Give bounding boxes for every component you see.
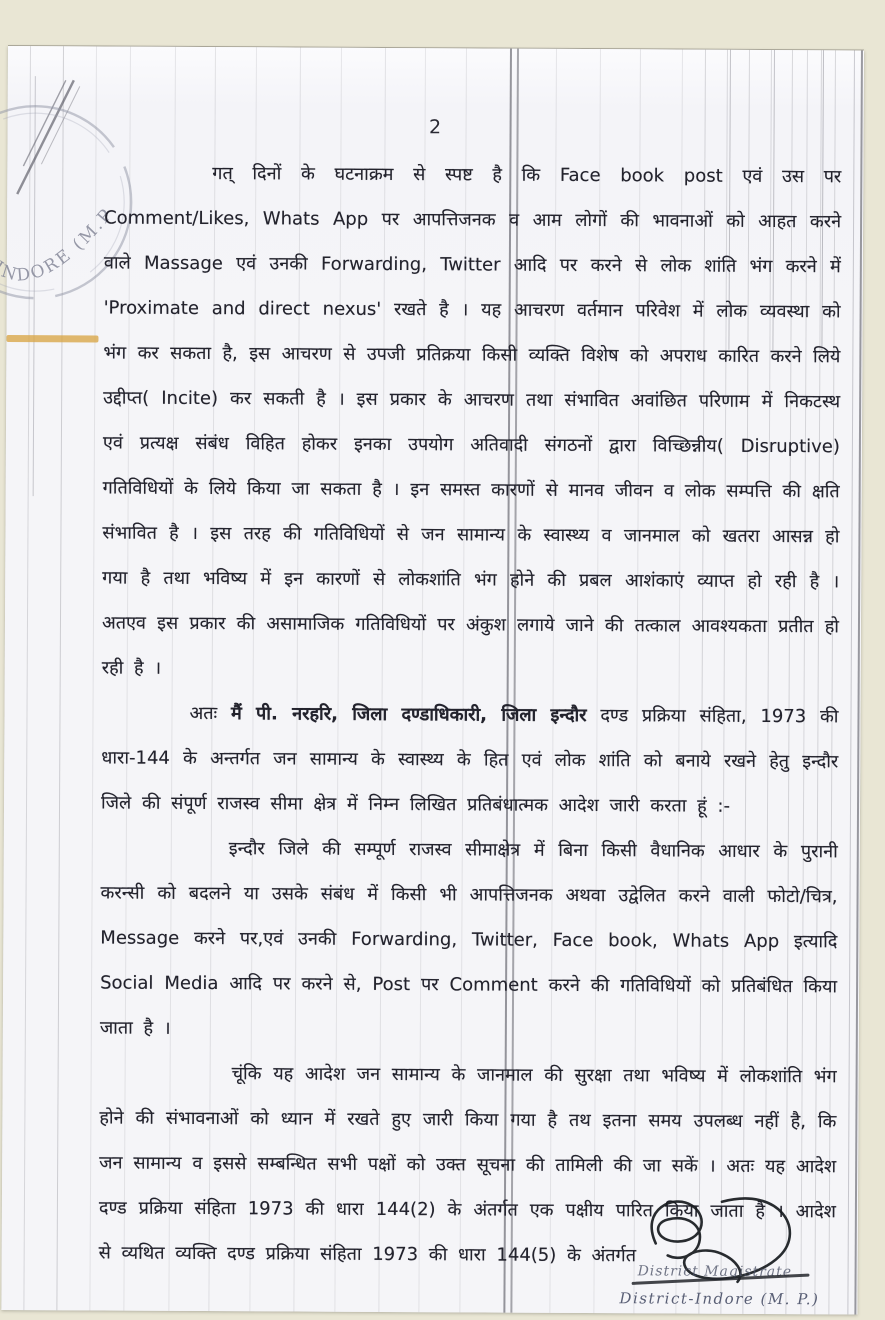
scanline-artifact: [89, 46, 97, 1310]
magistrate-name: मैं पी. नरहरि, जिला दण्डाधिकारी, जिला इन…: [231, 703, 587, 726]
round-stamp-text: INDORE (M.P.): [0, 74, 117, 286]
scanline-artifact: [23, 46, 31, 1310]
scanline-artifact: [854, 50, 863, 1314]
signatory-office: District-Indore (M. P.): [619, 1289, 849, 1308]
paragraph-declaration: अतः मैं पी. नरहरि, जिला दण्डाधिकारी, जिल…: [101, 690, 839, 829]
highlight-mark: [6, 335, 98, 342]
declaration-prefix: अतः: [189, 703, 231, 724]
page-number: 2: [8, 114, 864, 140]
svg-text:INDORE (M.P.): INDORE (M.P.): [0, 74, 117, 286]
scanned-order-page: { "document": { "page_number": "2", "par…: [0, 0, 885, 1320]
paragraph-prohibition: इन्दौर जिले की सम्पूर्ण राजस्व सीमाक्षेत…: [100, 825, 838, 1054]
document-page: INDORE (M.P.) 2 गत् दिनों के घटनाक्रम से…: [1, 46, 864, 1314]
scanline-artifact: [56, 46, 64, 1310]
paragraph-background: गत् दिनों के घटनाक्रम से स्पष्ट है कि Fa…: [102, 151, 842, 695]
scanline-artifact: [847, 50, 855, 1314]
order-text: गत् दिनों के घटनाक्रम से स्पष्ट है कि Fa…: [99, 151, 842, 1280]
scanline-artifact: [33, 76, 36, 496]
